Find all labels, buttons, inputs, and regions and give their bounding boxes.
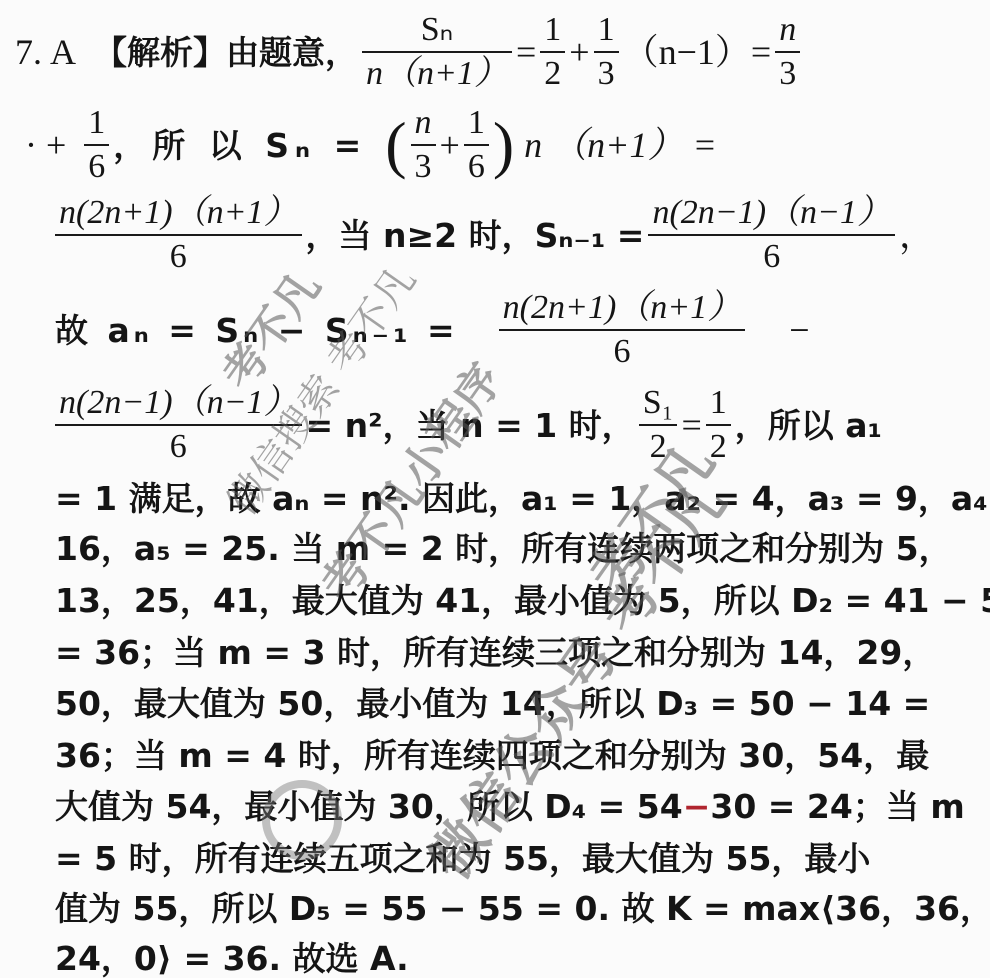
line-10: 50，最大值为 50，最小值为 14，所以 D₃ = 50 − 14 =: [55, 683, 950, 723]
line-8: 13，25，41，最大值为 41，最小值为 5，所以 D₂ = 41 − 5: [55, 580, 950, 620]
problem-number: 7.: [15, 34, 42, 70]
red-minus-sign: −: [683, 790, 711, 823]
fraction-sn-over-n-n-plus-1: Sₙ n（n+1）: [362, 12, 512, 91]
fraction-sn-minus-1-formula-b: n(2n−1)（n−1） 6: [55, 385, 302, 464]
solution-document: 7. A 【解析】 由题意， Sₙ n（n+1） = 1 2 + 1 3 （n−…: [0, 0, 990, 978]
line-2: · + 1 6 ，所 以 Sₙ = ( n 3 + 1 6 ) n （n+1） …: [25, 105, 950, 185]
analysis-heading: 【解析】: [94, 36, 226, 69]
fraction-one-third: 1 3: [594, 12, 619, 91]
fraction-n-over-3: n 3: [411, 105, 436, 184]
fraction-one-half-b: 1 2: [706, 385, 731, 464]
fraction-sn-formula: n(2n+1)（n+1） 6: [55, 195, 302, 274]
line-1: 7. A 【解析】 由题意， Sₙ n（n+1） = 1 2 + 1 3 （n−…: [15, 12, 950, 92]
line-3: n(2n+1)（n+1） 6 ，当 n≥2 时，Sₙ₋₁ = n(2n−1)（n…: [55, 195, 950, 275]
fraction-n-over-3: n 3: [775, 12, 800, 91]
fraction-one-sixth: 1 6: [84, 105, 109, 184]
fraction-one-half: 1 2: [540, 12, 565, 91]
line-1-text-1: 由题意，: [226, 36, 358, 69]
line-4: 故 aₙ = Sₙ − Sₙ₋₁ = n(2n+1)（n+1） 6 −: [55, 290, 950, 370]
fraction-sn-minus-1-formula: n(2n−1)（n−1） 6: [648, 195, 895, 274]
line-7: 16，a₅ = 25. 当 m = 2 时，所有连续两项之和分别为 5，: [55, 528, 950, 568]
line-14: 值为 55，所以 D₅ = 55 − 55 = 0. 故 K = max⟨36，…: [55, 888, 950, 928]
fraction-sn-formula-b: n(2n+1)（n+1） 6: [499, 290, 746, 369]
fraction-s1-over-2: S₁ 2: [639, 385, 678, 464]
line-15: 24，0⟩ = 36. 故选 A.: [55, 938, 950, 978]
line-13: = 5 时，所有连续五项之和为 55，最大值为 55，最小: [55, 838, 950, 878]
line-5: n(2n−1)（n−1） 6 = n²，当 n = 1 时， S₁ 2 = 1 …: [55, 385, 950, 465]
line-11: 36；当 m = 4 时，所有连续四项之和分别为 30，54，最: [55, 735, 950, 775]
fraction-one-sixth-b: 1 6: [464, 105, 489, 184]
line-12: 大值为 54，最小值为 30，所以 D₄ = 54 − 30 = 24；当 m: [55, 786, 950, 826]
line-6: = 1 满足，故 aₙ = n². 因此，a₁ = 1，a₂ = 4，a₃ = …: [55, 478, 950, 518]
line-9: = 36；当 m = 3 时，所有连续三项之和分别为 14，29，: [55, 632, 950, 672]
problem-answer: A: [50, 34, 76, 70]
